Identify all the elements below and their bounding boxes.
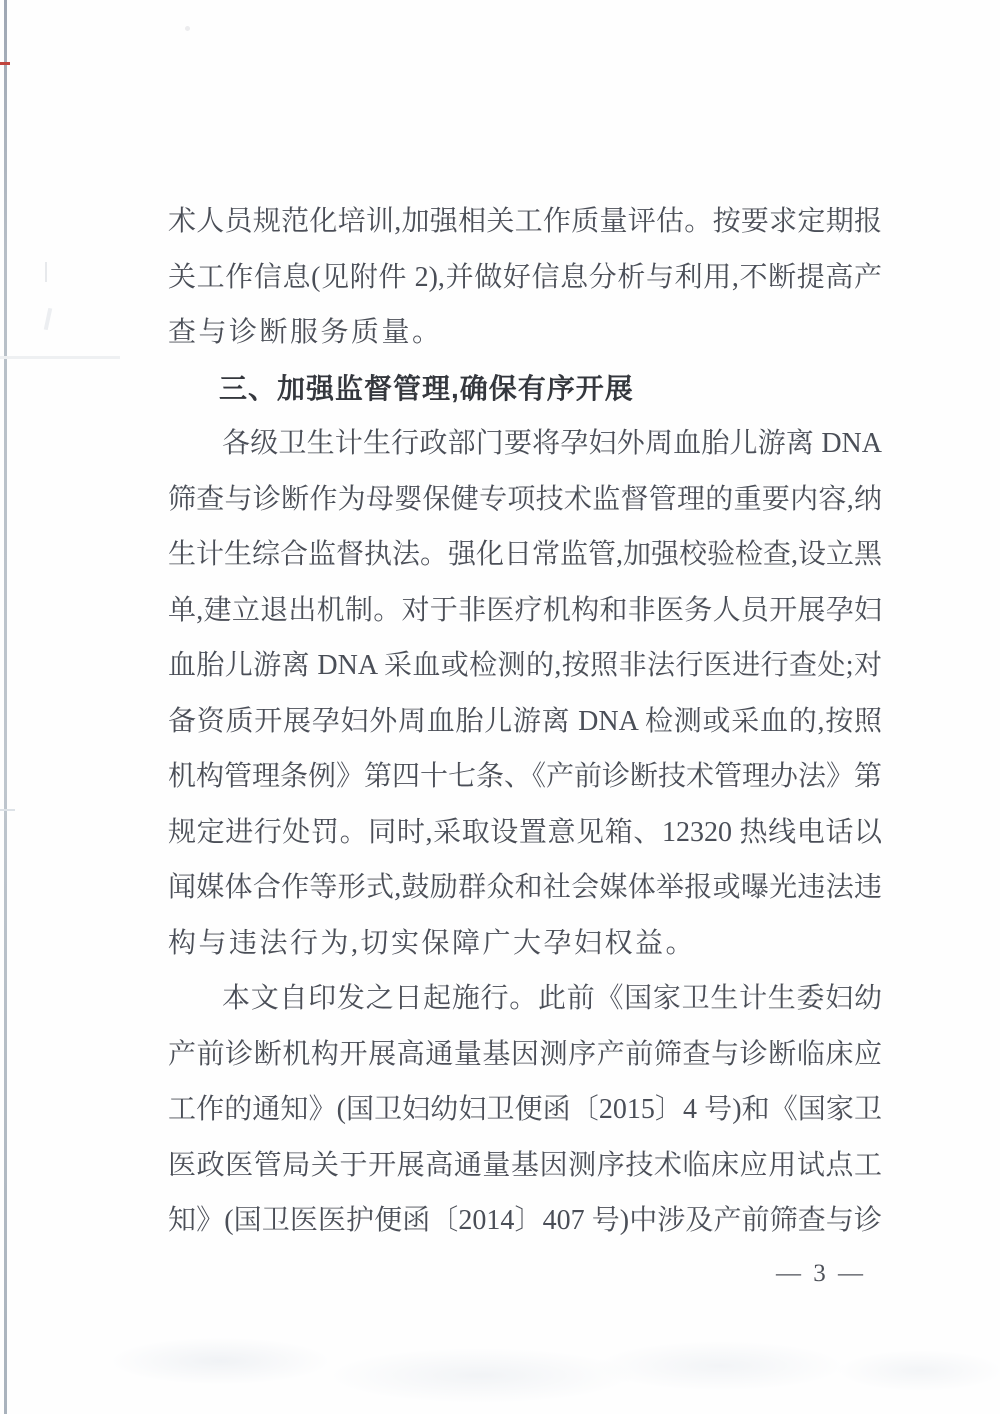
text-line: 血胎儿游离 DNA 采血或检测的,按照非法行医进行查处;对不具 (168, 638, 882, 694)
scan-artifact-speck (44, 308, 52, 330)
text-line: 查与诊断服务质量。 (168, 305, 882, 361)
scan-bottom-noise (0, 1318, 1000, 1414)
text-line: 工作的通知》(国卫妇幼妇卫便函〔2015〕4 号)和《国家卫生计生委 (168, 1082, 882, 1138)
document-body: 术人员规范化培训,加强相关工作质量评估。按要求定期报送相关工作信息(见附件 2)… (168, 194, 882, 1249)
scan-artifact-speck (185, 26, 190, 31)
text-line: 本文自印发之日起施行。此前《国家卫生计生委妇幼司关于 (168, 971, 882, 1027)
text-line: 医政医管局关于开展高通量基因测序技术临床应用试点工作的通 (168, 1138, 882, 1194)
text-line: 关工作信息(见附件 2),并做好信息分析与利用,不断提高产前筛 (168, 250, 882, 306)
text-line: 闻媒体合作等形式,鼓励群众和社会媒体举报或曝光违法违规机 (168, 860, 882, 916)
scan-artifact-line (0, 809, 15, 811)
text-line: 机构管理条例》第四十七条、《产前诊断技术管理办法》第三十条等 (168, 749, 882, 805)
scan-red-tick-mark (0, 62, 10, 65)
text-line: 备资质开展孕妇外周血胎儿游离 DNA 检测或采血的,按照《医疗 (168, 694, 882, 750)
page-number: — 3 — (756, 1260, 886, 1288)
scanned-document-page: 术人员规范化培训,加强相关工作质量评估。按要求定期报送相关工作信息(见附件 2)… (0, 0, 1000, 1414)
text-line: 产前诊断机构开展高通量基因测序产前筛查与诊断临床应用试点 (168, 1027, 882, 1083)
text-line: 各级卫生计生行政部门要将孕妇外周血胎儿游离 DNA 产前 (168, 416, 882, 472)
scan-artifact-speck (45, 262, 47, 282)
text-line: 生计生综合监督执法。强化日常监管,加强校验检查,设立黑名 (168, 527, 882, 583)
text-line: 单,建立退出机制。对于非医疗机构和非医务人员开展孕妇外周 (168, 583, 882, 639)
scan-edge-line (4, 0, 7, 1414)
text-line: 知》(国卫医医护便函〔2014〕407 号)中涉及产前筛查与诊断专业 (168, 1193, 882, 1249)
scan-artifact-line (0, 356, 120, 359)
text-line: 构与违法行为,切实保障广大孕妇权益。 (168, 916, 882, 972)
text-line: 规定进行处罚。同时,采取设置意见箱、12320 热线电话以及与新 (168, 805, 882, 861)
text-line: 筛查与诊断作为母婴保健专项技术监督管理的重要内容,纳入卫 (168, 472, 882, 528)
section-heading: 三、加强监督管理,确保有序开展 (168, 361, 882, 417)
text-line: 术人员规范化培训,加强相关工作质量评估。按要求定期报送相 (168, 194, 882, 250)
